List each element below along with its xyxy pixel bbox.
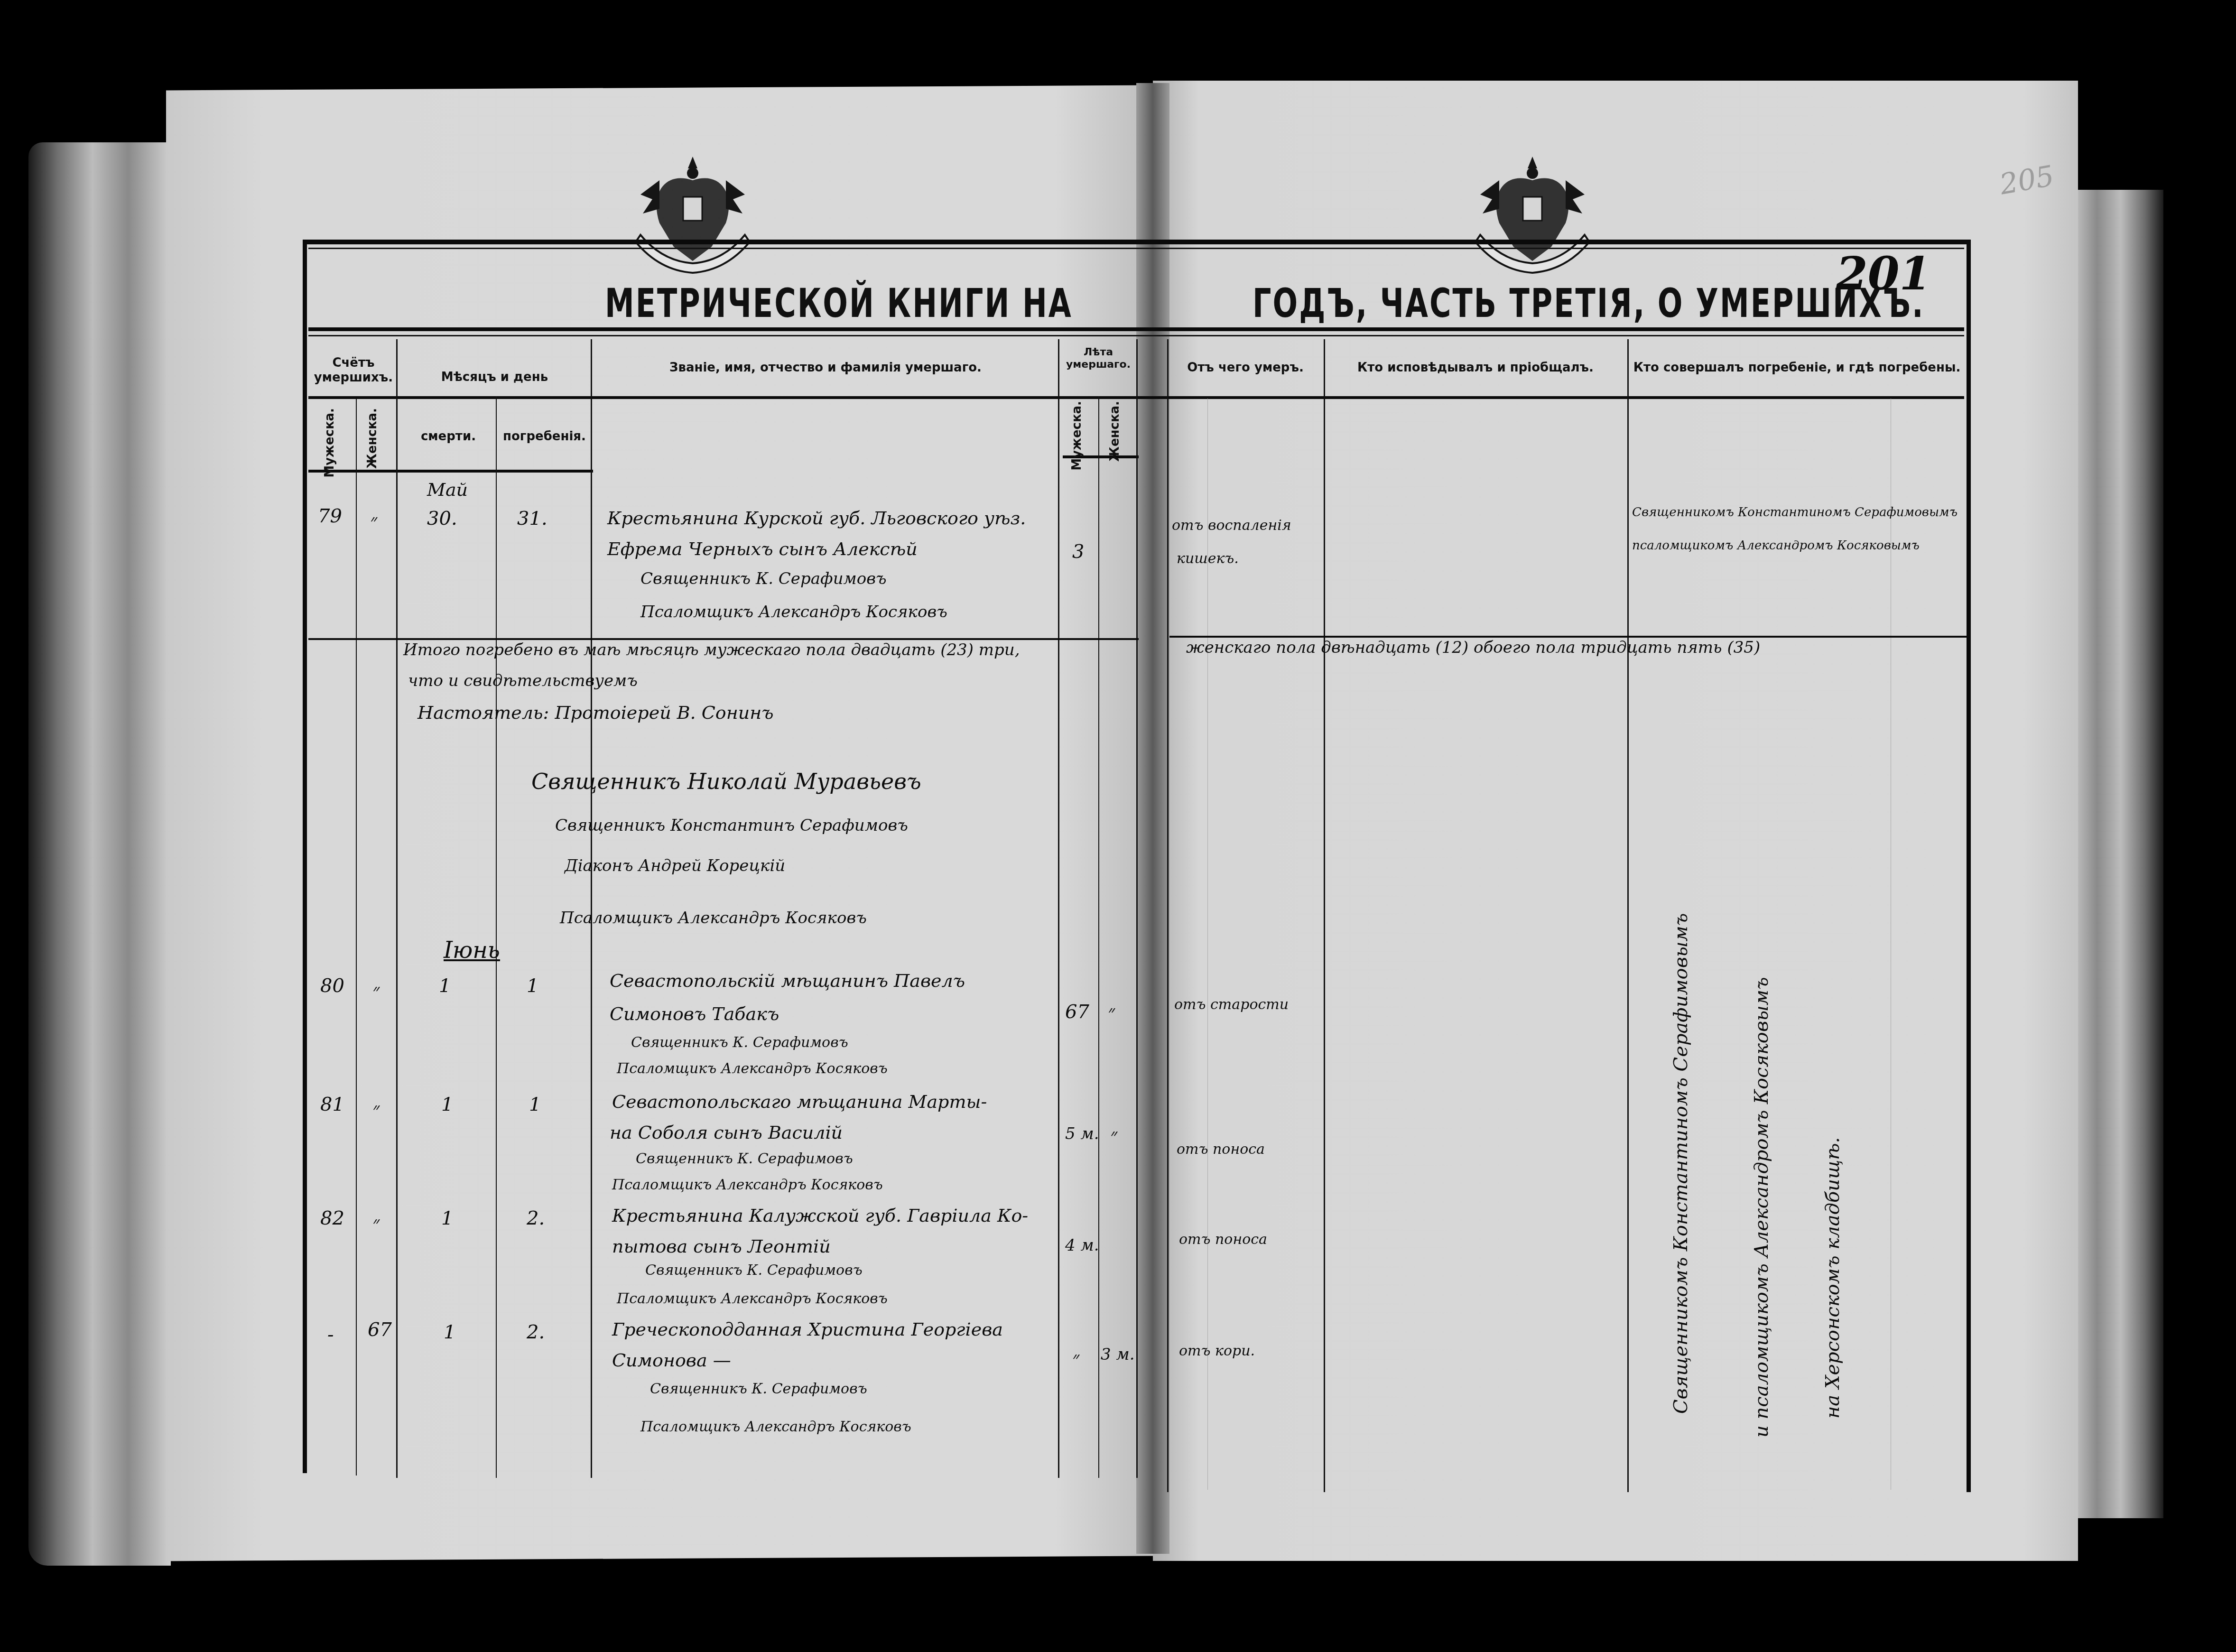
- record-burial-day: 1: [529, 1094, 541, 1115]
- record-death-day: 1: [441, 1094, 453, 1115]
- subheader-bottom-line: [308, 470, 593, 473]
- record-name-line: Греческоподданная Христина Георгіева: [612, 1319, 1003, 1340]
- record-name-line: Симоновъ Табакъ: [610, 1003, 779, 1024]
- header-count-deceased: Счётъ умершихъ.: [313, 356, 394, 385]
- subheader-male: Мужеска.: [323, 408, 337, 478]
- record-signature: Псаломщикъ Александръ Косяковъ: [612, 1177, 883, 1193]
- record-age-male: 5 м.: [1065, 1124, 1099, 1143]
- record-signature: Священникъ К. Серафимовъ: [645, 1262, 863, 1279]
- record-burial-by: Священникомъ Константиномъ Серафимовымъ: [1632, 505, 1958, 520]
- summary-right: женскаго пола двѣнадцать (12) обоего пол…: [1186, 638, 1760, 657]
- record-name-line: Крестьянина Калужской губ. Гавріила Ко-: [612, 1205, 1028, 1226]
- record-male-number: -: [327, 1324, 334, 1346]
- double-headed-eagle-emblem-right: [1471, 152, 1594, 275]
- record-name-line: Севастопольскій мѣщанинъ Павелъ: [610, 970, 965, 991]
- record-signature: Псаломщикъ Александръ Косяковъ: [617, 1290, 888, 1307]
- record-age-male: 67: [1065, 1001, 1089, 1023]
- frame-top-line: [304, 240, 1969, 244]
- record-signature: Псаломщикъ Александръ Косяковъ: [617, 1060, 888, 1077]
- subheader-age-female: Женска.: [1108, 401, 1122, 462]
- book-page-edges-left: [28, 142, 171, 1566]
- title-rule: [308, 327, 1964, 331]
- double-headed-eagle-emblem-left: [631, 152, 754, 275]
- record-name-line: Крестьянина Курской губ. Льговского уѣз.: [607, 508, 1026, 529]
- clergy-signature: Діаконъ Андрей Корецкій: [565, 856, 785, 875]
- header-month-day: Мѣсяцъ и день: [401, 370, 588, 385]
- row-separator: [1169, 636, 1967, 638]
- subheader-age-male: Мужеска.: [1070, 401, 1084, 471]
- title-left: МЕТРИЧЕСКОЙ КНИГИ НА: [605, 280, 1073, 327]
- col-line: [356, 399, 357, 1476]
- record-death-day: 1: [441, 1207, 453, 1229]
- title-rule-thin: [308, 335, 1964, 336]
- record-signature: Священникъ К. Серафимовъ: [650, 1381, 867, 1397]
- header-name: Званіе, имя, отчество и фамилія умершаго…: [595, 361, 1056, 375]
- record-male-number: 79: [318, 505, 342, 527]
- month-label: Іюнь: [444, 937, 500, 964]
- record-burial-day: 2.: [527, 1321, 545, 1343]
- col-line: [1058, 339, 1059, 1478]
- record-signature: Священникъ К. Серафимовъ: [636, 1151, 853, 1167]
- record-age-male: ״: [1072, 1347, 1079, 1370]
- record-name-line: пытова сынъ Леонтій: [612, 1236, 831, 1257]
- burial-vertical-line: и псаломщикомъ Александромъ Косяковымъ: [1751, 977, 1772, 1438]
- record-cause: кишекъ.: [1177, 550, 1239, 567]
- record-female-number: 67: [368, 1319, 392, 1341]
- record-age-female: ״: [1108, 1001, 1115, 1023]
- frame-top-inner-line: [308, 248, 1964, 249]
- row-separator: [308, 638, 1139, 640]
- header-confessor: Кто исповѣдывалъ и пріобщалъ.: [1326, 361, 1625, 375]
- record-death-day: 1: [444, 1321, 455, 1343]
- summary-line: Итого погребено въ маѣ мѣсяцѣ мужескаго …: [403, 640, 1020, 659]
- record-age-female: ״: [1110, 1124, 1117, 1147]
- subheader-burial: погребенія.: [501, 429, 588, 444]
- record-cause: отъ поноса: [1177, 1141, 1265, 1158]
- record-name-line: Симонова —: [612, 1350, 731, 1371]
- record-signature: Псаломщикъ Александръ Косяковъ: [640, 1419, 911, 1435]
- frame-left-line: [303, 240, 307, 1473]
- record-cause: отъ воспаленія: [1172, 517, 1291, 534]
- summary-line: что и свидѣтельствуемъ: [408, 671, 638, 690]
- subheader-female: Женска.: [365, 408, 380, 469]
- record-male-number: 80: [320, 975, 344, 997]
- record-cause: отъ старости: [1174, 996, 1289, 1013]
- record-death-day: 1: [439, 975, 451, 997]
- burial-vertical-line: на Херсонскомъ кладбищѣ.: [1822, 1137, 1844, 1419]
- record-male-number: 82: [320, 1207, 344, 1229]
- record-female-number: ״: [370, 510, 377, 532]
- record-age-male: 3: [1072, 541, 1084, 563]
- header-age: Лѣта умершаго.: [1060, 346, 1136, 371]
- record-name-line: Ефрема Черныхъ сынъ Алексѣй: [607, 538, 918, 559]
- col-line: [1627, 339, 1629, 1492]
- burial-vertical-line: Священникомъ Константиномъ Серафимовымъ: [1670, 913, 1692, 1414]
- record-name-line: Севастопольскаго мѣщанина Марты-: [612, 1091, 987, 1112]
- record-cause: отъ поноса: [1179, 1231, 1267, 1248]
- record-female-number: ״: [372, 980, 380, 1002]
- record-female-number: ״: [372, 1212, 380, 1234]
- record-signature: Псаломщикъ Александръ Косяковъ: [640, 603, 947, 622]
- record-signature: Священникъ К. Серафимовъ: [640, 569, 887, 588]
- month-label: Май: [427, 479, 468, 500]
- subheader-death: смерти.: [406, 429, 491, 444]
- record-burial-day: 2.: [527, 1207, 545, 1229]
- faint-col-line: [1891, 399, 1891, 1490]
- book-page-edges-right: [2069, 190, 2163, 1518]
- record-death-day: 30.: [427, 508, 457, 529]
- frame-right-line: [1967, 240, 1971, 1492]
- col-line: [1167, 339, 1169, 1492]
- col-line: [396, 339, 398, 1478]
- record-burial-by: псаломщикомъ Александромъ Косяковымъ: [1632, 538, 1920, 553]
- record-burial-day: 1: [527, 975, 538, 997]
- title-right: ГОДЪ, ЧАСТЬ ТРЕТІЯ, О УМЕРШИХЪ.: [1253, 280, 1925, 327]
- record-male-number: 81: [320, 1094, 344, 1115]
- rector-signature: Настоятель: Протоіерей В. Сонинъ: [418, 702, 774, 723]
- page-number-ink: 201: [1836, 247, 1931, 300]
- clergy-signature: Священникъ Николай Муравьевъ: [531, 769, 921, 794]
- record-female-number: ״: [372, 1098, 380, 1121]
- record-burial-day: 31.: [517, 508, 547, 529]
- header-cause: Отъ чего умеръ.: [1169, 361, 1321, 375]
- record-age-female: 3 м.: [1101, 1345, 1134, 1364]
- record-signature: Священникъ К. Серафимовъ: [631, 1034, 848, 1051]
- book-gutter: [1136, 83, 1169, 1554]
- col-line: [1324, 339, 1325, 1492]
- header-burial-by: Кто совершалъ погребеніе, и гдѣ погребен…: [1630, 361, 1964, 375]
- record-name-line: на Соболя сынъ Василій: [610, 1122, 843, 1143]
- clergy-signature: Священникъ Константинъ Серафимовъ: [555, 816, 908, 835]
- record-age-male: 4 м.: [1065, 1236, 1099, 1255]
- record-cause: отъ кори.: [1179, 1343, 1255, 1359]
- col-line: [1136, 339, 1138, 1478]
- clergy-signature: Псаломщикъ Александръ Косяковъ: [560, 909, 867, 928]
- col-line: [1098, 396, 1099, 1478]
